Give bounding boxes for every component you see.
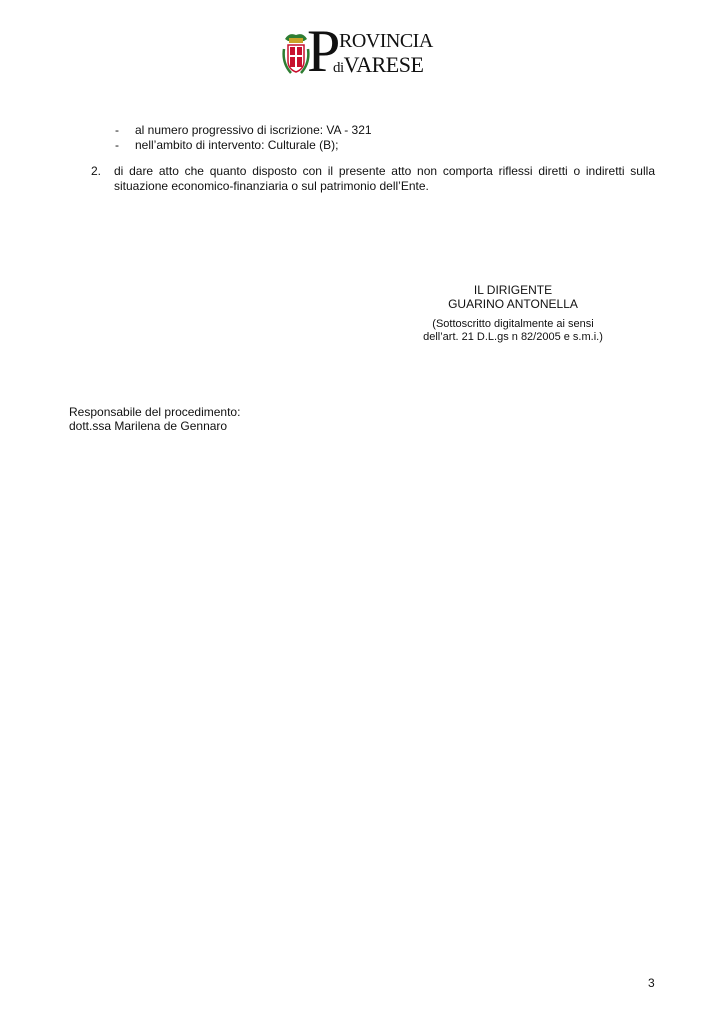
responsible-label: Responsabile del procedimento: <box>69 405 240 420</box>
signature-name: GUARINO ANTONELLA <box>413 297 613 311</box>
page-number: 3 <box>648 976 655 991</box>
logo-line1: ROVINCIA <box>339 31 433 51</box>
signature-note-line1: (Sottoscritto digitalmente ai sensi <box>413 318 613 330</box>
item-2-line2: situazione economico-finanziaria o sul p… <box>114 179 429 194</box>
bullet-intervention-area: nell’ambito di intervento: Culturale (B)… <box>135 138 338 153</box>
logo-varese: VARESE <box>344 52 424 77</box>
logo-line2: diVARESE <box>333 54 423 79</box>
bullet-registration-number: al numero progressivo di iscrizione: VA … <box>135 123 372 138</box>
bullet-marker: - <box>115 123 119 137</box>
provincia-varese-logo: P ROVINCIA diVARESE <box>281 27 447 81</box>
item-number: 2. <box>91 164 101 179</box>
bullet-marker: - <box>115 138 119 152</box>
item-2-line1: di dare atto che quanto disposto con il … <box>114 164 655 179</box>
logo-di: di <box>333 60 344 76</box>
signature-title: IL DIRIGENTE <box>413 283 613 297</box>
signature-note-line2: dell’art. 21 D.L.gs n 82/2005 e s.m.i.) <box>413 331 613 343</box>
responsible-name: dott.ssa Marilena de Gennaro <box>69 419 227 434</box>
